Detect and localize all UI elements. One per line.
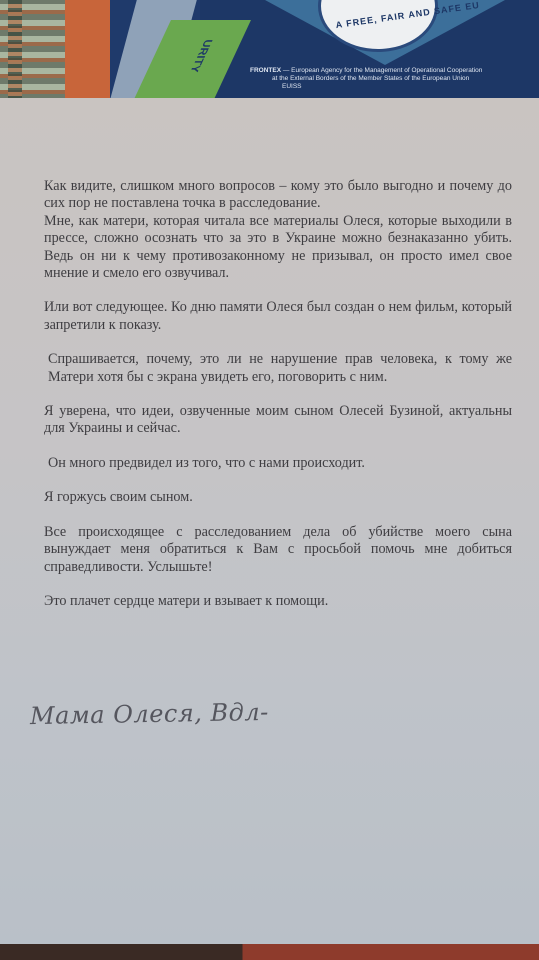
orange-book-edge bbox=[65, 0, 110, 100]
caption-line-3: EUISS bbox=[250, 83, 482, 91]
letter-paragraph: Как видите, слишком много вопросов – ком… bbox=[44, 178, 512, 213]
embroidered-cloth bbox=[0, 0, 70, 100]
background-pamphlet-area: URITY A FREE, FAIR AND SAFE EU FRONTEX —… bbox=[0, 0, 539, 100]
letter-paragraph: Я горжусь своим сыном. bbox=[44, 489, 512, 506]
caption-line-1: — European Agency for the Management of … bbox=[281, 67, 482, 74]
desk-surface bbox=[0, 944, 539, 960]
letter-body: Как видите, слишком много вопросов – ком… bbox=[44, 178, 512, 627]
letter-paragraph: Он много предвидел из того, что с нами п… bbox=[44, 455, 512, 472]
handwritten-signature: Мама Олеся, Вдл- bbox=[30, 698, 269, 730]
caption-line-2: at the External Borders of the Member St… bbox=[250, 75, 482, 83]
letter-paragraph: Или вот следующее. Ко дню памяти Олеся б… bbox=[44, 299, 512, 334]
pamphlet-caption: FRONTEX — European Agency for the Manage… bbox=[250, 67, 482, 91]
letter-paragraph: Спрашивается, почему, это ли не нарушени… bbox=[44, 351, 512, 386]
caption-bold-label: FRONTEX bbox=[250, 67, 281, 74]
letter-paragraph: Мне, как матери, которая читала все мате… bbox=[44, 213, 512, 283]
letter-paragraph: Это плачет сердце матери и взывает к пом… bbox=[44, 593, 512, 610]
pamphlet-side-label: URITY bbox=[187, 40, 214, 73]
letter-paragraph: Я уверена, что идеи, озвученные моим сын… bbox=[44, 403, 512, 438]
letter-paragraph: Все происходящее с расследованием дела о… bbox=[44, 524, 512, 576]
